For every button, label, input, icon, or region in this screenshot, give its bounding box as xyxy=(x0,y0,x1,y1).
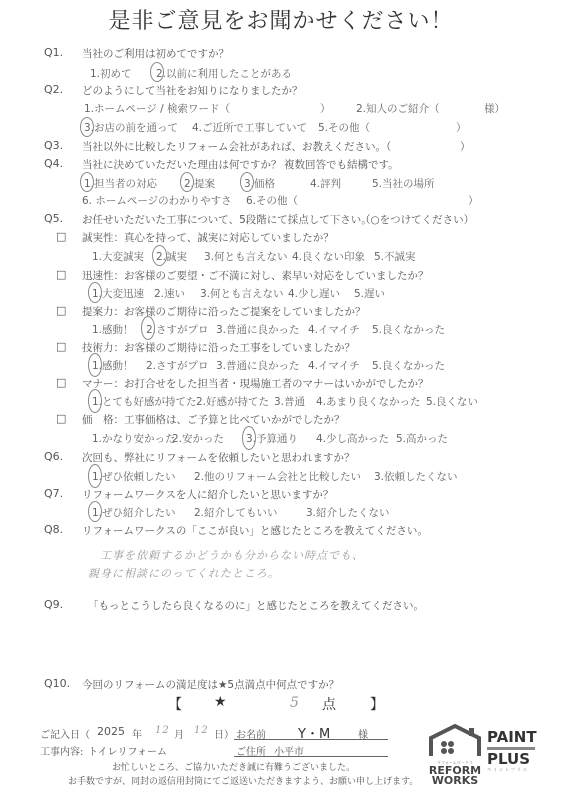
q10-number: Q10. xyxy=(44,677,70,690)
manner-option-3[interactable]: 3.普通 xyxy=(274,394,305,409)
q2-option-2[interactable]: 2.知人のご紹介（ xyxy=(356,101,440,116)
q8-text: リフォームワークスの「ここが良い」と感じたところを教えてください。 xyxy=(82,523,428,538)
paint-plus-logo: PAINT PLUS ペイントプラス xyxy=(487,730,547,780)
selection-circle-price xyxy=(242,426,256,450)
q7-option-3[interactable]: 3.紹介したくない xyxy=(306,505,390,520)
q8-answer-line-2: 親身に相談にのってくれたところ。 xyxy=(88,565,280,581)
brush-stroke-icon xyxy=(487,747,535,750)
q5-item-price: 価 格：工事価格は、ご予算と比べていかがでしたか？ xyxy=(82,412,345,427)
name-underline xyxy=(234,739,388,740)
q2-option-4[interactable]: 4.ご近所で工事していて xyxy=(192,120,307,135)
q5-item-speed: 迅速性：お客様のご要望・ご不満に対し、素早い対応をしていましたか？ xyxy=(82,268,429,283)
q4-option-6[interactable]: 6. ホームページのわかりやすさ xyxy=(82,193,232,208)
checkbox-sincerity[interactable]: □ xyxy=(56,230,66,243)
q7-text: リフォームワークスを人に紹介したいと思いますか？ xyxy=(82,487,333,502)
sincerity-option-3[interactable]: 3.何とも言えない xyxy=(204,249,288,264)
work-value: トイレリフォーム xyxy=(88,743,167,758)
q6-option-3[interactable]: 3.依頼したくない xyxy=(374,469,458,484)
q1-option-2[interactable]: 2.以前に利用したことがある xyxy=(156,66,292,81)
q8-answer-line-1: 工事を依頼するかどうかも分からない時点でも、 xyxy=(100,547,364,563)
q8-number: Q8. xyxy=(44,523,63,536)
date-month-unit: 月 xyxy=(174,726,184,741)
q2-option-1[interactable]: 1.ホームページ / 検索ワード（ xyxy=(84,101,230,116)
checkbox-manner[interactable]: □ xyxy=(56,376,66,389)
sincerity-option-1[interactable]: 1.大変誠実 xyxy=(92,249,144,264)
sincerity-option-5[interactable]: 5.不誠実 xyxy=(374,249,416,264)
q4-option-1[interactable]: 1.担当者の対応 xyxy=(84,176,157,191)
paint-plus-line1: PAINT xyxy=(487,730,547,745)
page-title: 是非ご意見をお聞かせください！ xyxy=(0,4,562,35)
selection-circle-sincerity xyxy=(152,245,167,266)
q9-text: 「もっとこうしたら良くなるのに」と感じたところを教えてください。 xyxy=(88,598,424,613)
thanks-line-1: お忙しいところ、ご協力いただき誠に有難うございました。 xyxy=(112,760,355,773)
address-underline xyxy=(234,756,388,757)
speed-option-4[interactable]: 4.少し遅い xyxy=(288,286,340,301)
q1-text: 当社のご利用は初めてですか？ xyxy=(82,46,229,61)
work-label: 工事内容: xyxy=(40,743,83,758)
price-option-2[interactable]: 2.安かった xyxy=(172,431,224,446)
q4-text: 当社に決めていただいた理由は何ですか？ xyxy=(82,157,282,172)
q2-option-1-close: ） xyxy=(320,101,331,116)
q2-option-5-close: ） xyxy=(456,120,467,135)
sincerity-option-4[interactable]: 4.良くない印象 xyxy=(292,249,365,264)
q6-number: Q6. xyxy=(44,450,63,463)
selection-circle-q2 xyxy=(80,117,94,137)
q1-option-1[interactable]: 1.初めて xyxy=(90,66,132,81)
q4-option-7[interactable]: 6.その他（ xyxy=(246,193,298,208)
manner-option-2[interactable]: 2.好感が持てた xyxy=(196,394,269,409)
proposal-option-3[interactable]: 3.普通に良かった xyxy=(216,322,300,337)
technique-option-5[interactable]: 5.良くなかった xyxy=(372,358,445,373)
date-month[interactable]: 12 xyxy=(155,725,170,736)
checkbox-speed[interactable]: □ xyxy=(56,268,66,281)
technique-option-2[interactable]: 2.さすがプロ xyxy=(146,358,209,373)
manner-option-1[interactable]: 1.とても好感が持てた xyxy=(92,394,197,409)
selection-circle-q6 xyxy=(88,464,102,488)
q5-number: Q5. xyxy=(44,212,63,225)
proposal-option-5[interactable]: 5.良くなかった xyxy=(372,322,445,337)
q4-option-7-close: ） xyxy=(468,193,479,208)
paint-plus-kana: ペイントプラス xyxy=(487,767,547,773)
score-value[interactable]: 5 xyxy=(290,695,300,711)
price-option-1[interactable]: 1.かなり安かった xyxy=(92,431,176,446)
q10-text: 今回のリフォームの満足度は★5点満点中何点ですか？ xyxy=(82,677,339,692)
date-day[interactable]: 12 xyxy=(194,725,209,736)
q3-close: ） xyxy=(460,139,471,154)
reform-works-line2: WORKS xyxy=(425,776,485,786)
date-day-unit: 日） xyxy=(214,726,234,741)
proposal-option-2[interactable]: 2.さすがプロ xyxy=(146,322,209,337)
date-label: ご記入日（ xyxy=(40,726,90,741)
q7-number: Q7. xyxy=(44,487,63,500)
q4-number: Q4. xyxy=(44,157,63,170)
q5-item-technique: 技術力：お客様のご期待に沿った工事をしていましたか？ xyxy=(82,340,355,355)
q5-text: お任せいただいた工事について、5段階にて採点して下さい。 xyxy=(82,212,372,227)
q5-item-manner: マナー：お打合せをした担当者・現場施工者のマナーはいかがでしたか？ xyxy=(82,376,429,391)
q2-option-3[interactable]: 3.お店の前を通って xyxy=(84,120,178,135)
selection-circle-q4-3 xyxy=(240,172,254,192)
price-option-4[interactable]: 4.少し高かった xyxy=(316,431,389,446)
selection-circle-manner xyxy=(88,389,102,413)
checkbox-proposal[interactable]: □ xyxy=(56,304,66,317)
score-unit: 点 xyxy=(322,694,336,714)
proposal-option-1[interactable]: 1.感動！ xyxy=(92,322,134,337)
selection-circle-q4-2 xyxy=(180,172,194,192)
paint-plus-line2: PLUS xyxy=(487,752,547,767)
q3-number: Q3. xyxy=(44,139,63,152)
reform-works-logo: リフォームワークス REFORM WORKS xyxy=(425,724,485,780)
checkbox-price[interactable]: □ xyxy=(56,412,66,425)
q6-option-2[interactable]: 2.他のリフォーム会社と比較したい xyxy=(194,469,361,484)
q2-text: どのようにして当社をお知りになりましたか？ xyxy=(82,83,303,98)
speed-option-2[interactable]: 2.速い xyxy=(154,286,185,301)
q5-item-sincerity: 誠実性：真心を持って、誠実に対応していましたか？ xyxy=(82,230,334,245)
q5-note: （○をつけてください） xyxy=(360,212,474,227)
selection-circle-q1 xyxy=(150,62,164,82)
date-year-unit: 年 xyxy=(132,726,142,741)
q4-option-4[interactable]: 4.評判 xyxy=(310,176,341,191)
q7-option-1[interactable]: 1.ぜひ紹介したい xyxy=(92,505,176,520)
technique-option-3[interactable]: 3.普通に良かった xyxy=(216,358,300,373)
checkbox-technique[interactable]: □ xyxy=(56,340,66,353)
bracket-close: 】 xyxy=(370,694,384,714)
selection-circle-q4-1 xyxy=(80,172,94,192)
q9-answer-area[interactable] xyxy=(88,620,528,670)
q2-number: Q2. xyxy=(44,83,63,96)
price-option-5[interactable]: 5.高かった xyxy=(396,431,448,446)
q6-option-1[interactable]: 1.ぜひ依頼したい xyxy=(92,469,176,484)
date-year[interactable]: 2025 xyxy=(97,725,125,738)
star-icon: ★ xyxy=(214,694,227,710)
q4-note: 複数回答でも結構です。 xyxy=(284,157,399,172)
q2-option-5[interactable]: 5.その他（ xyxy=(318,120,370,135)
q2-option-2-close: 様） xyxy=(484,101,505,116)
selection-circle-speed xyxy=(88,282,102,303)
bracket-open: 【 xyxy=(168,694,182,714)
selection-circle-technique xyxy=(88,353,102,377)
manner-option-4[interactable]: 4.あまり良くなかった xyxy=(316,394,421,409)
q5-item-proposal: 提案力：お客様のご期待に沿ったご提案をしていましたか？ xyxy=(82,304,366,319)
q4-option-5[interactable]: 5.当社の場所 xyxy=(372,176,435,191)
technique-option-4[interactable]: 4.イマイチ xyxy=(308,358,360,373)
q1-number: Q1. xyxy=(44,46,63,59)
thanks-line-2: お手数ですが、同封の返信用封筒にてご返送いただきますよう、お願い申し上げます。 xyxy=(68,774,418,787)
selection-circle-proposal xyxy=(141,316,155,340)
proposal-option-4[interactable]: 4.イマイチ xyxy=(308,322,360,337)
selection-circle-q7 xyxy=(88,501,102,522)
manner-option-5[interactable]: 5.良くない xyxy=(426,394,478,409)
speed-option-3[interactable]: 3.何とも言えない xyxy=(200,286,284,301)
q9-number: Q9. xyxy=(44,598,63,611)
house-icon xyxy=(425,724,485,758)
speed-option-5[interactable]: 5.遅い xyxy=(354,286,385,301)
q7-option-2[interactable]: 2.紹介してもいい xyxy=(194,505,278,520)
q6-text: 次回も、弊社にリフォームを依頼したいと思われますか？ xyxy=(82,450,354,465)
q3-text: 当社以外に比較したリフォーム会社があれば、お教えください。（ xyxy=(82,139,391,154)
